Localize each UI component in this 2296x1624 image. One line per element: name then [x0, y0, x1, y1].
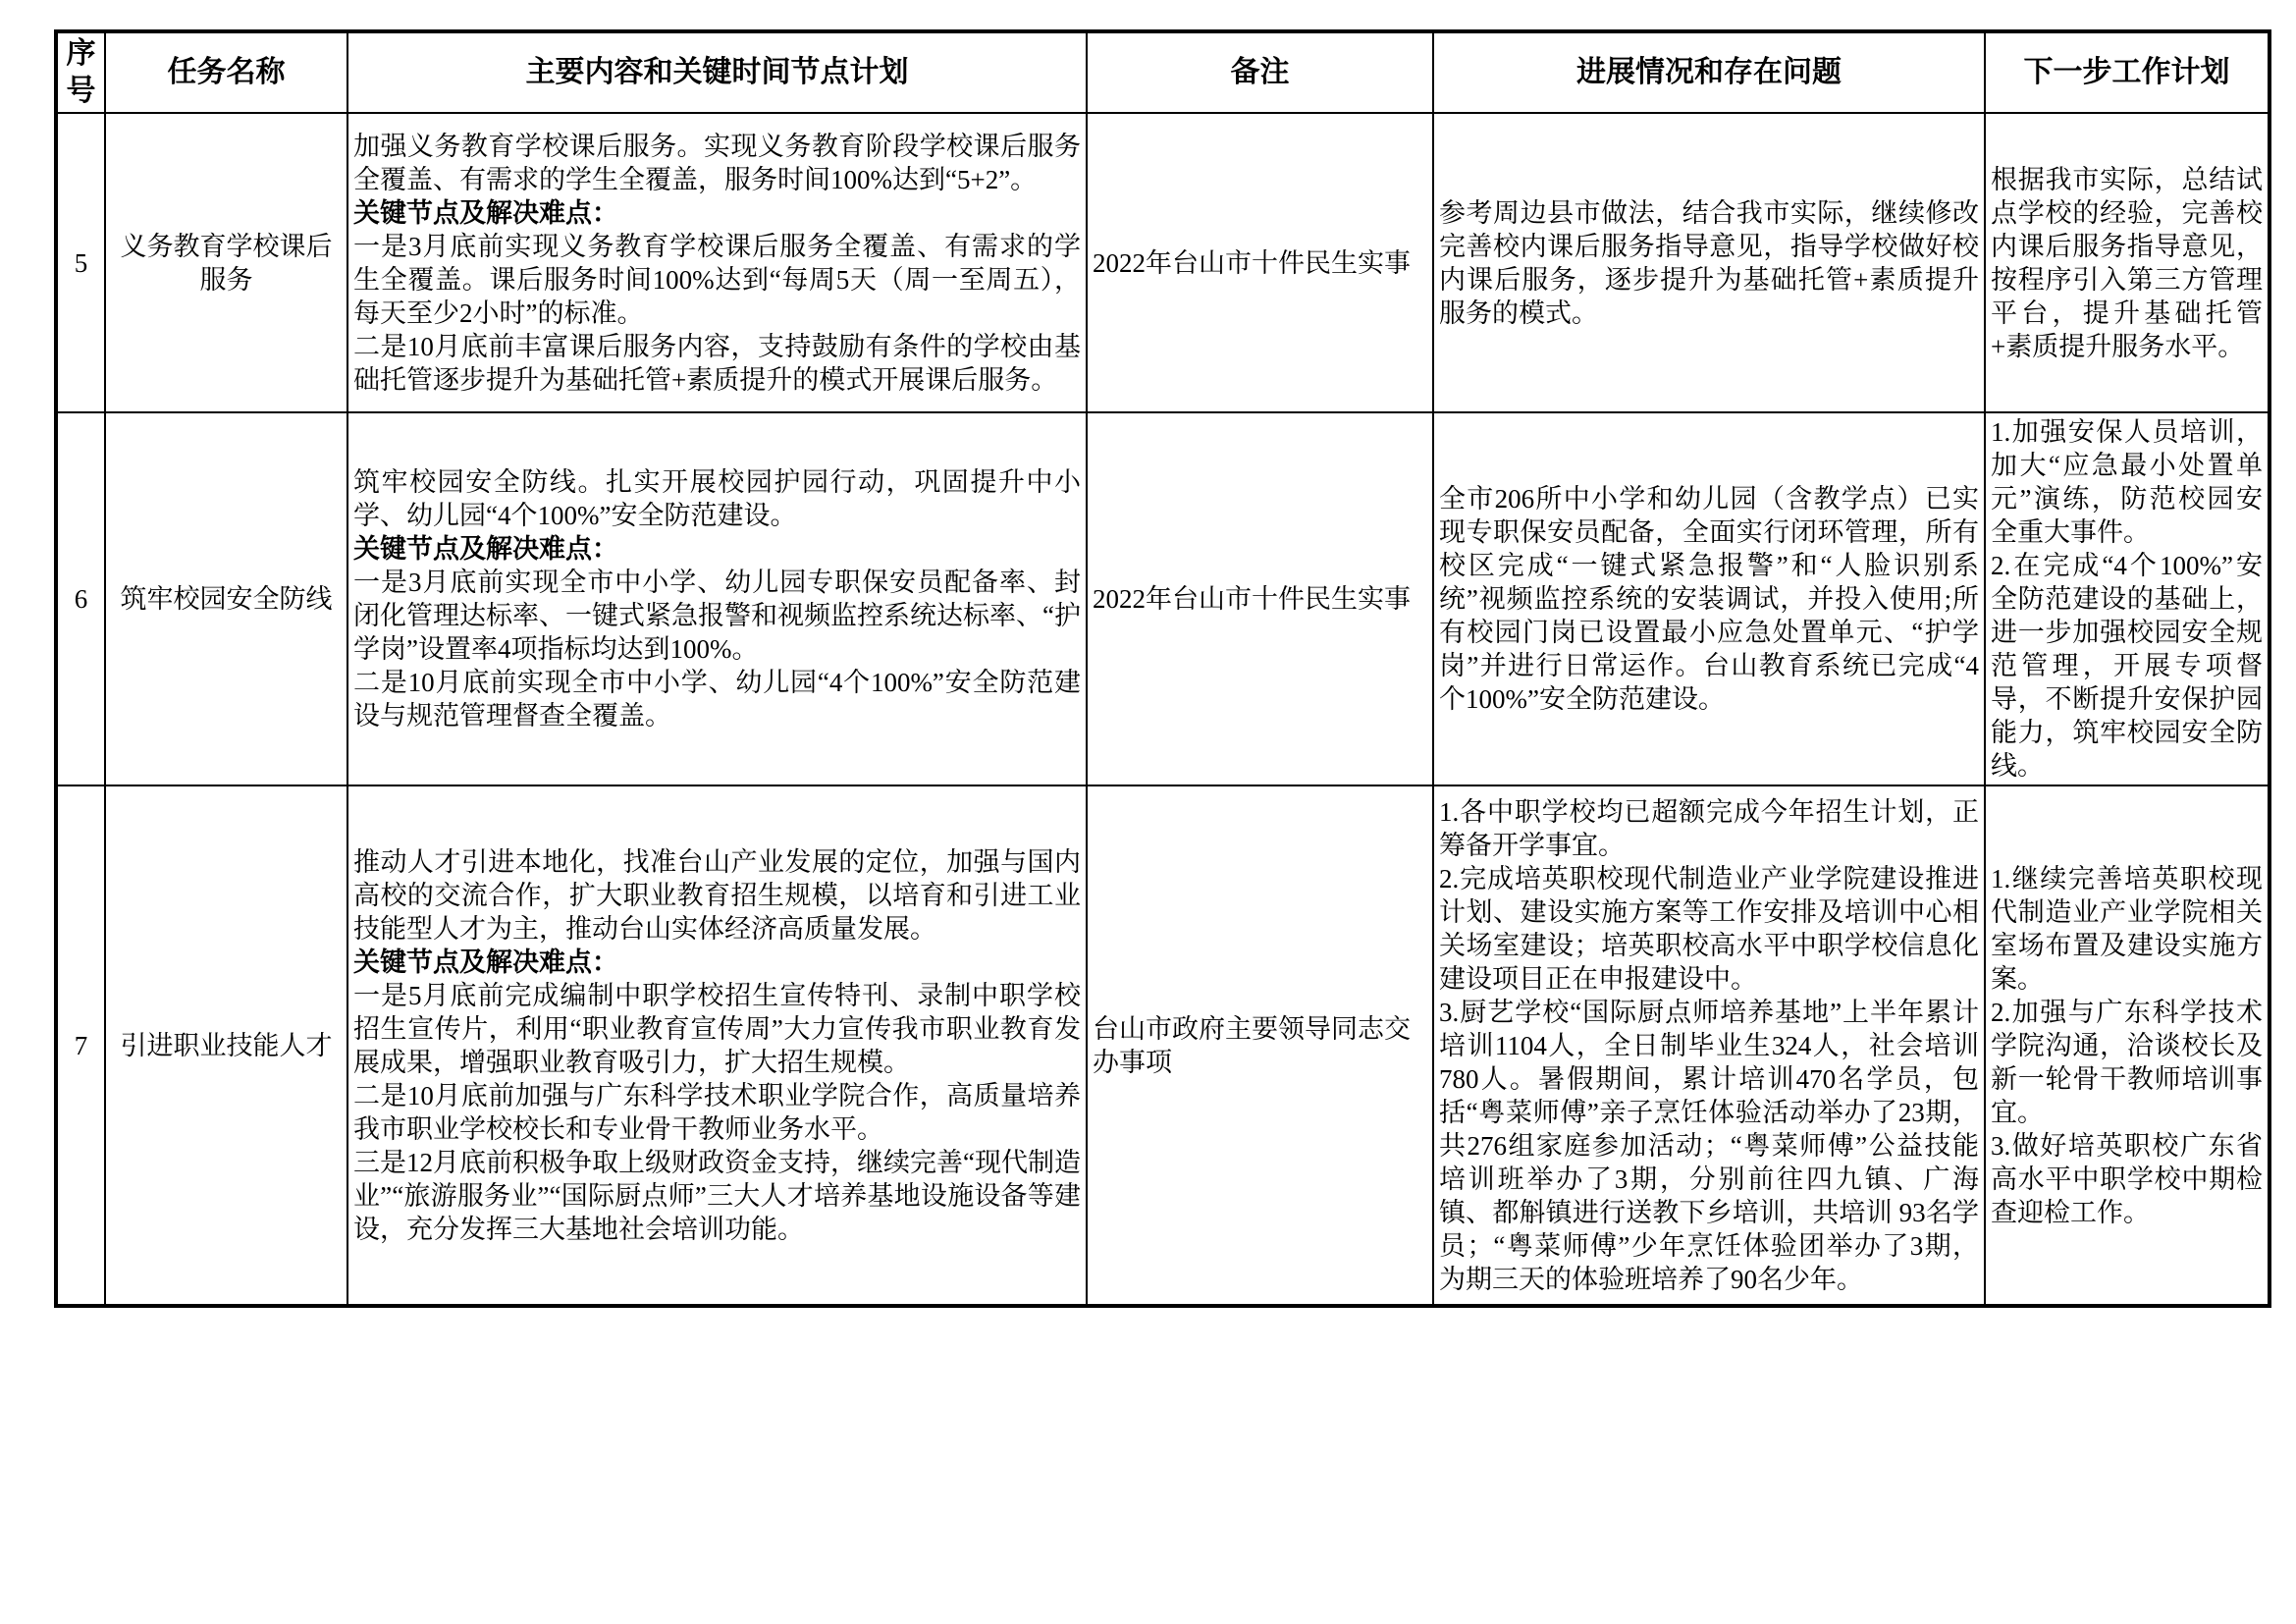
task-name-cell: 引进职业技能人才: [105, 785, 347, 1306]
content-key-label: 关键节点及解决难点：: [353, 946, 1081, 979]
next-plan-cell: 根据我市实际，总结试点学校的经验，完善校内课后服务指导意见，按程序引入第三方管理…: [1985, 113, 2269, 412]
progress-cell: 参考周边县市做法，结合我市实际，继续修改完善校内课后服务指导意见，指导学校做好校…: [1433, 113, 1985, 412]
header-main-content: 主要内容和关键时间节点计划: [347, 31, 1087, 113]
next-plan-cell: 1.继续完善培英职校现代制造业产业学院相关室场布置及建设实施方案。 2.加强与广…: [1985, 785, 2269, 1306]
content-intro: 加强义务教育学校课后服务。实现义务教育阶段学校课后服务全覆盖、有需求的学生全覆盖…: [353, 130, 1081, 196]
content-key-label: 关键节点及解决难点：: [353, 196, 1081, 230]
header-task-name: 任务名称: [105, 31, 347, 113]
content-points: 一是3月底前实现义务教育学校课后服务全覆盖、有需求的学生全覆盖。课后服务时间10…: [353, 230, 1081, 397]
remark-cell: 台山市政府主要领导同志交办事项: [1087, 785, 1433, 1306]
remark-cell: 2022年台山市十件民生实事: [1087, 113, 1433, 412]
content-cell: 推动人才引进本地化，找准台山产业发展的定位，加强与国内高校的交流合作，扩大职业教…: [347, 785, 1087, 1306]
header-seq: 序号: [56, 31, 105, 113]
seq-cell: 7: [56, 785, 105, 1306]
content-intro: 筑牢校园安全防线。扎实开展校园护园行动，巩固提升中小学、幼儿园“4个100%”安…: [353, 465, 1081, 532]
header-remark: 备注: [1087, 31, 1433, 113]
progress-cell: 1.各中职学校均已超额完成今年招生计划，正筹备开学事宜。 2.完成培英职校现代制…: [1433, 785, 1985, 1306]
table-header-row: 序号 任务名称 主要内容和关键时间节点计划 备注 进展情况和存在问题 下一步工作…: [56, 31, 2269, 113]
content-intro: 推动人才引进本地化，找准台山产业发展的定位，加强与国内高校的交流合作，扩大职业教…: [353, 845, 1081, 946]
task-name-cell: 义务教育学校课后服务: [105, 113, 347, 412]
next-plan-cell: 1.加强安保人员培训，加大“应急最小处置单元”演练，防范校园安全重大事件。 2.…: [1985, 412, 2269, 785]
seq-cell: 6: [56, 412, 105, 785]
table-row: 7 引进职业技能人才 推动人才引进本地化，找准台山产业发展的定位，加强与国内高校…: [56, 785, 2269, 1306]
content-key-label: 关键节点及解决难点：: [353, 532, 1081, 566]
task-progress-table: 序号 任务名称 主要内容和关键时间节点计划 备注 进展情况和存在问题 下一步工作…: [54, 29, 2271, 1308]
header-next-plan: 下一步工作计划: [1985, 31, 2269, 113]
table-row: 6 筑牢校园安全防线 筑牢校园安全防线。扎实开展校园护园行动，巩固提升中小学、幼…: [56, 412, 2269, 785]
task-name-cell: 筑牢校园安全防线: [105, 412, 347, 785]
content-points: 一是5月底前完成编制中职学校招生宣传特刊、录制中职学校招生宣传片，利用“职业教育…: [353, 979, 1081, 1246]
header-progress: 进展情况和存在问题: [1433, 31, 1985, 113]
progress-cell: 全市206所中小学和幼儿园（含教学点）已实现专职保安员配备，全面实行闭环管理，所…: [1433, 412, 1985, 785]
content-cell: 筑牢校园安全防线。扎实开展校园护园行动，巩固提升中小学、幼儿园“4个100%”安…: [347, 412, 1087, 785]
table-row: 5 义务教育学校课后服务 加强义务教育学校课后服务。实现义务教育阶段学校课后服务…: [56, 113, 2269, 412]
content-cell: 加强义务教育学校课后服务。实现义务教育阶段学校课后服务全覆盖、有需求的学生全覆盖…: [347, 113, 1087, 412]
content-points: 一是3月底前实现全市中小学、幼儿园专职保安员配备率、封闭化管理达标率、一键式紧急…: [353, 566, 1081, 732]
document-page: 序号 任务名称 主要内容和关键时间节点计划 备注 进展情况和存在问题 下一步工作…: [0, 0, 2296, 1624]
seq-cell: 5: [56, 113, 105, 412]
remark-cell: 2022年台山市十件民生实事: [1087, 412, 1433, 785]
